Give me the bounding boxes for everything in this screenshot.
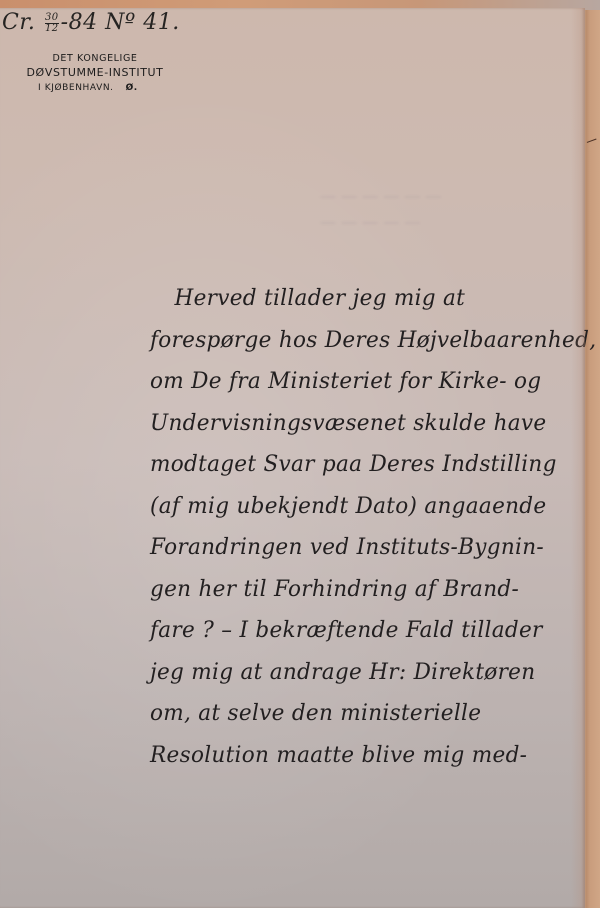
- body-line: (af mig ubekjendt Dato) angaaende: [150, 486, 581, 528]
- body-line: gen her til Forhindring af Brand-: [150, 569, 581, 611]
- postal-zone: Ø.: [126, 83, 138, 93]
- reference-date-fraction: 30 12: [45, 13, 59, 34]
- reference-number: Nº 41.: [105, 10, 180, 35]
- reference-year: -84: [61, 10, 98, 35]
- body-line: om, at selve den ministerielle: [150, 693, 581, 735]
- letter-body: Herved tillader jeg mig at forespørge ho…: [150, 278, 590, 776]
- bleed-through-text: — — — — — — — — — — —: [320, 183, 560, 235]
- letterhead-line-1: DET KONGELIGE: [20, 52, 170, 65]
- body-line: Forandringen ved Instituts-Bygnin-: [150, 527, 581, 569]
- letterhead: DET KONGELIGE DØVSTUMME-INSTITUT I KJØBE…: [20, 52, 170, 95]
- body-line: fare ? – I bekræftende Fald tillader: [150, 610, 581, 652]
- body-line: modtaget Svar paa Deres Indstilling: [150, 444, 581, 486]
- body-line: Herved tillader jeg mig at: [150, 278, 581, 320]
- body-line: Resolution maatte blive mig med-: [150, 735, 581, 777]
- reference-prefix: Cr.: [2, 10, 35, 35]
- body-line: Undervisningsvæsenet skulde have: [150, 403, 581, 445]
- letterhead-line-2: DØVSTUMME-INSTITUT: [20, 65, 170, 81]
- body-line: jeg mig at andrage Hr: Direktøren: [150, 652, 581, 694]
- body-line: om De fra Ministeriet for Kirke- og: [150, 361, 581, 403]
- document-scan: Cr. 30 12 -84 Nº 41. DET KONGELIGE DØVST…: [0, 0, 600, 908]
- letterhead-line-3: I KJØBENHAVN.Ø.: [20, 81, 170, 95]
- archive-reference-note: Cr. 30 12 -84 Nº 41.: [2, 10, 180, 35]
- body-line: forespørge hos Deres Højvelbaarenhed,: [150, 320, 581, 362]
- letter-page: Cr. 30 12 -84 Nº 41. DET KONGELIGE DØVST…: [0, 8, 585, 908]
- page-edge-mark: [587, 139, 599, 151]
